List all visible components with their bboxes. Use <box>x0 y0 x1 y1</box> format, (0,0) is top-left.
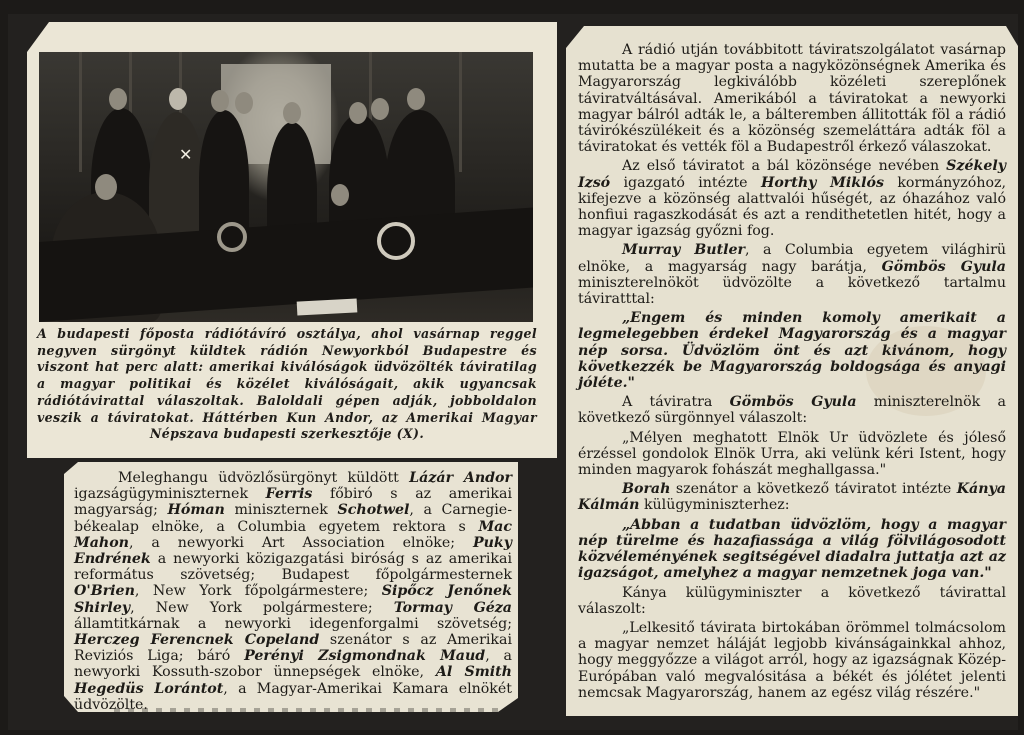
emphasized-name: Horthy Miklós <box>761 175 884 191</box>
left-article-clipping: Meleghangu üdvözlősürgönyt küldött Lázár… <box>64 462 518 712</box>
text-run: igazgató intézte <box>610 175 761 191</box>
left-article-text: Meleghangu üdvözlősürgönyt küldött Lázár… <box>74 470 512 716</box>
text-run: államtitkárnak a newyorki idegenforgalmi… <box>74 616 512 632</box>
emphasized-name: Herczeg Ferencnek Copeland <box>74 632 319 648</box>
emphasized-name: Gömbös Gyula <box>730 394 857 410</box>
photo-clipping: ✕ A budapesti főposta rádiótávíró osztál… <box>27 22 557 458</box>
text-run: A táviratra <box>622 394 730 410</box>
person-head <box>95 174 117 200</box>
text-run: , a newyorki Art Association elnöke; <box>129 535 473 551</box>
news-photo: ✕ <box>39 52 533 322</box>
person-head <box>235 92 253 114</box>
article-paragraph: Meleghangu üdvözlősürgönyt küldött Lázár… <box>74 470 512 713</box>
x-mark-icon: ✕ <box>179 145 192 164</box>
person-head <box>331 184 349 206</box>
right-article-text: A rádió utján továbbitott táviratszolgál… <box>578 42 1006 704</box>
emphasized-name: Hóman <box>167 502 224 518</box>
emphasized-name: „Engem és minden komoly amerikait a legm… <box>578 310 1006 391</box>
person-head <box>371 98 389 120</box>
article-paragraph: Borah szenátor a következő táviratot int… <box>578 481 1006 513</box>
article-paragraph: A rádió utján továbbitott táviratszolgál… <box>578 42 1006 155</box>
article-paragraph: „Abban a tudatban üdvözlöm, hogy a magya… <box>578 517 1006 582</box>
text-run: miniszternek <box>225 502 338 518</box>
person-head <box>109 88 127 110</box>
person-head <box>349 102 367 124</box>
emphasized-name: Perényi Zsigmondnak Maud <box>244 648 485 664</box>
text-run: Az első táviratot a bál közönsége nevébe… <box>622 158 946 174</box>
article-paragraph: Murray Butler, a Columbia egyetem világh… <box>578 242 1006 307</box>
text-run: szenátor a következő táviratot intézte <box>670 481 956 497</box>
text-run: Meleghangu üdvözlősürgönyt küldött <box>118 470 409 486</box>
person-head <box>169 88 187 110</box>
emphasized-name: Ferris <box>266 486 313 502</box>
telegraph-wheel <box>217 222 247 252</box>
text-run: igazságügyminiszternek <box>74 486 266 502</box>
emphasized-name: Lázár Andor <box>409 470 512 486</box>
emphasized-name: Gömbös Gyula <box>882 259 1006 275</box>
article-paragraph: Kánya külügyminiszter a következő távira… <box>578 585 1006 617</box>
text-run: Kánya külügyminiszter a következő távira… <box>578 585 1006 617</box>
article-paragraph: „Lelkesitő távirata birtokában örömmel t… <box>578 620 1006 701</box>
emphasized-name: „Abban a tudatban üdvözlöm, hogy a magya… <box>578 517 1006 582</box>
text-run: A rádió utján továbbitott táviratszolgál… <box>578 42 1006 155</box>
emphasized-name: Tormay Géza <box>394 600 512 616</box>
photo-caption: A budapesti főposta rádiótávíró osztálya… <box>37 326 537 443</box>
telegraph-wheel <box>377 222 415 260</box>
text-run: , New York polgármestere; <box>130 600 394 616</box>
person-head <box>211 90 229 112</box>
text-run: külügyminiszterhez: <box>639 497 789 513</box>
text-run: „Mélyen meghatott Elnök Ur üdvözlete és … <box>578 430 1006 478</box>
person-head <box>283 102 301 124</box>
text-run: , New York főpolgármestere; <box>135 583 382 599</box>
emphasized-name: Murray Butler <box>622 242 745 258</box>
wall-panel <box>459 52 462 172</box>
article-paragraph: „Mélyen meghatott Elnök Ur üdvözlete és … <box>578 430 1006 479</box>
right-article-clipping: A rádió utján továbbitott táviratszolgál… <box>566 26 1018 716</box>
text-run: „Lelkesitő távirata birtokában örömmel t… <box>578 620 1006 701</box>
article-paragraph: Az első táviratot a bál közönsége nevébe… <box>578 158 1006 239</box>
emphasized-name: Borah <box>622 481 670 497</box>
paper-sheet <box>297 298 358 315</box>
wall-panel <box>79 52 82 172</box>
person-head <box>407 88 425 110</box>
emphasized-name: O'Brien <box>74 583 135 599</box>
text-run: miniszterelnököt üdvözölte a következő t… <box>578 275 1006 307</box>
emphasized-name: Schotwel <box>338 502 410 518</box>
cut-remnant <box>114 708 534 712</box>
article-paragraph: „Engem és minden komoly amerikait a legm… <box>578 310 1006 391</box>
article-paragraph: A táviratra Gömbös Gyula miniszterelnök … <box>578 394 1006 426</box>
